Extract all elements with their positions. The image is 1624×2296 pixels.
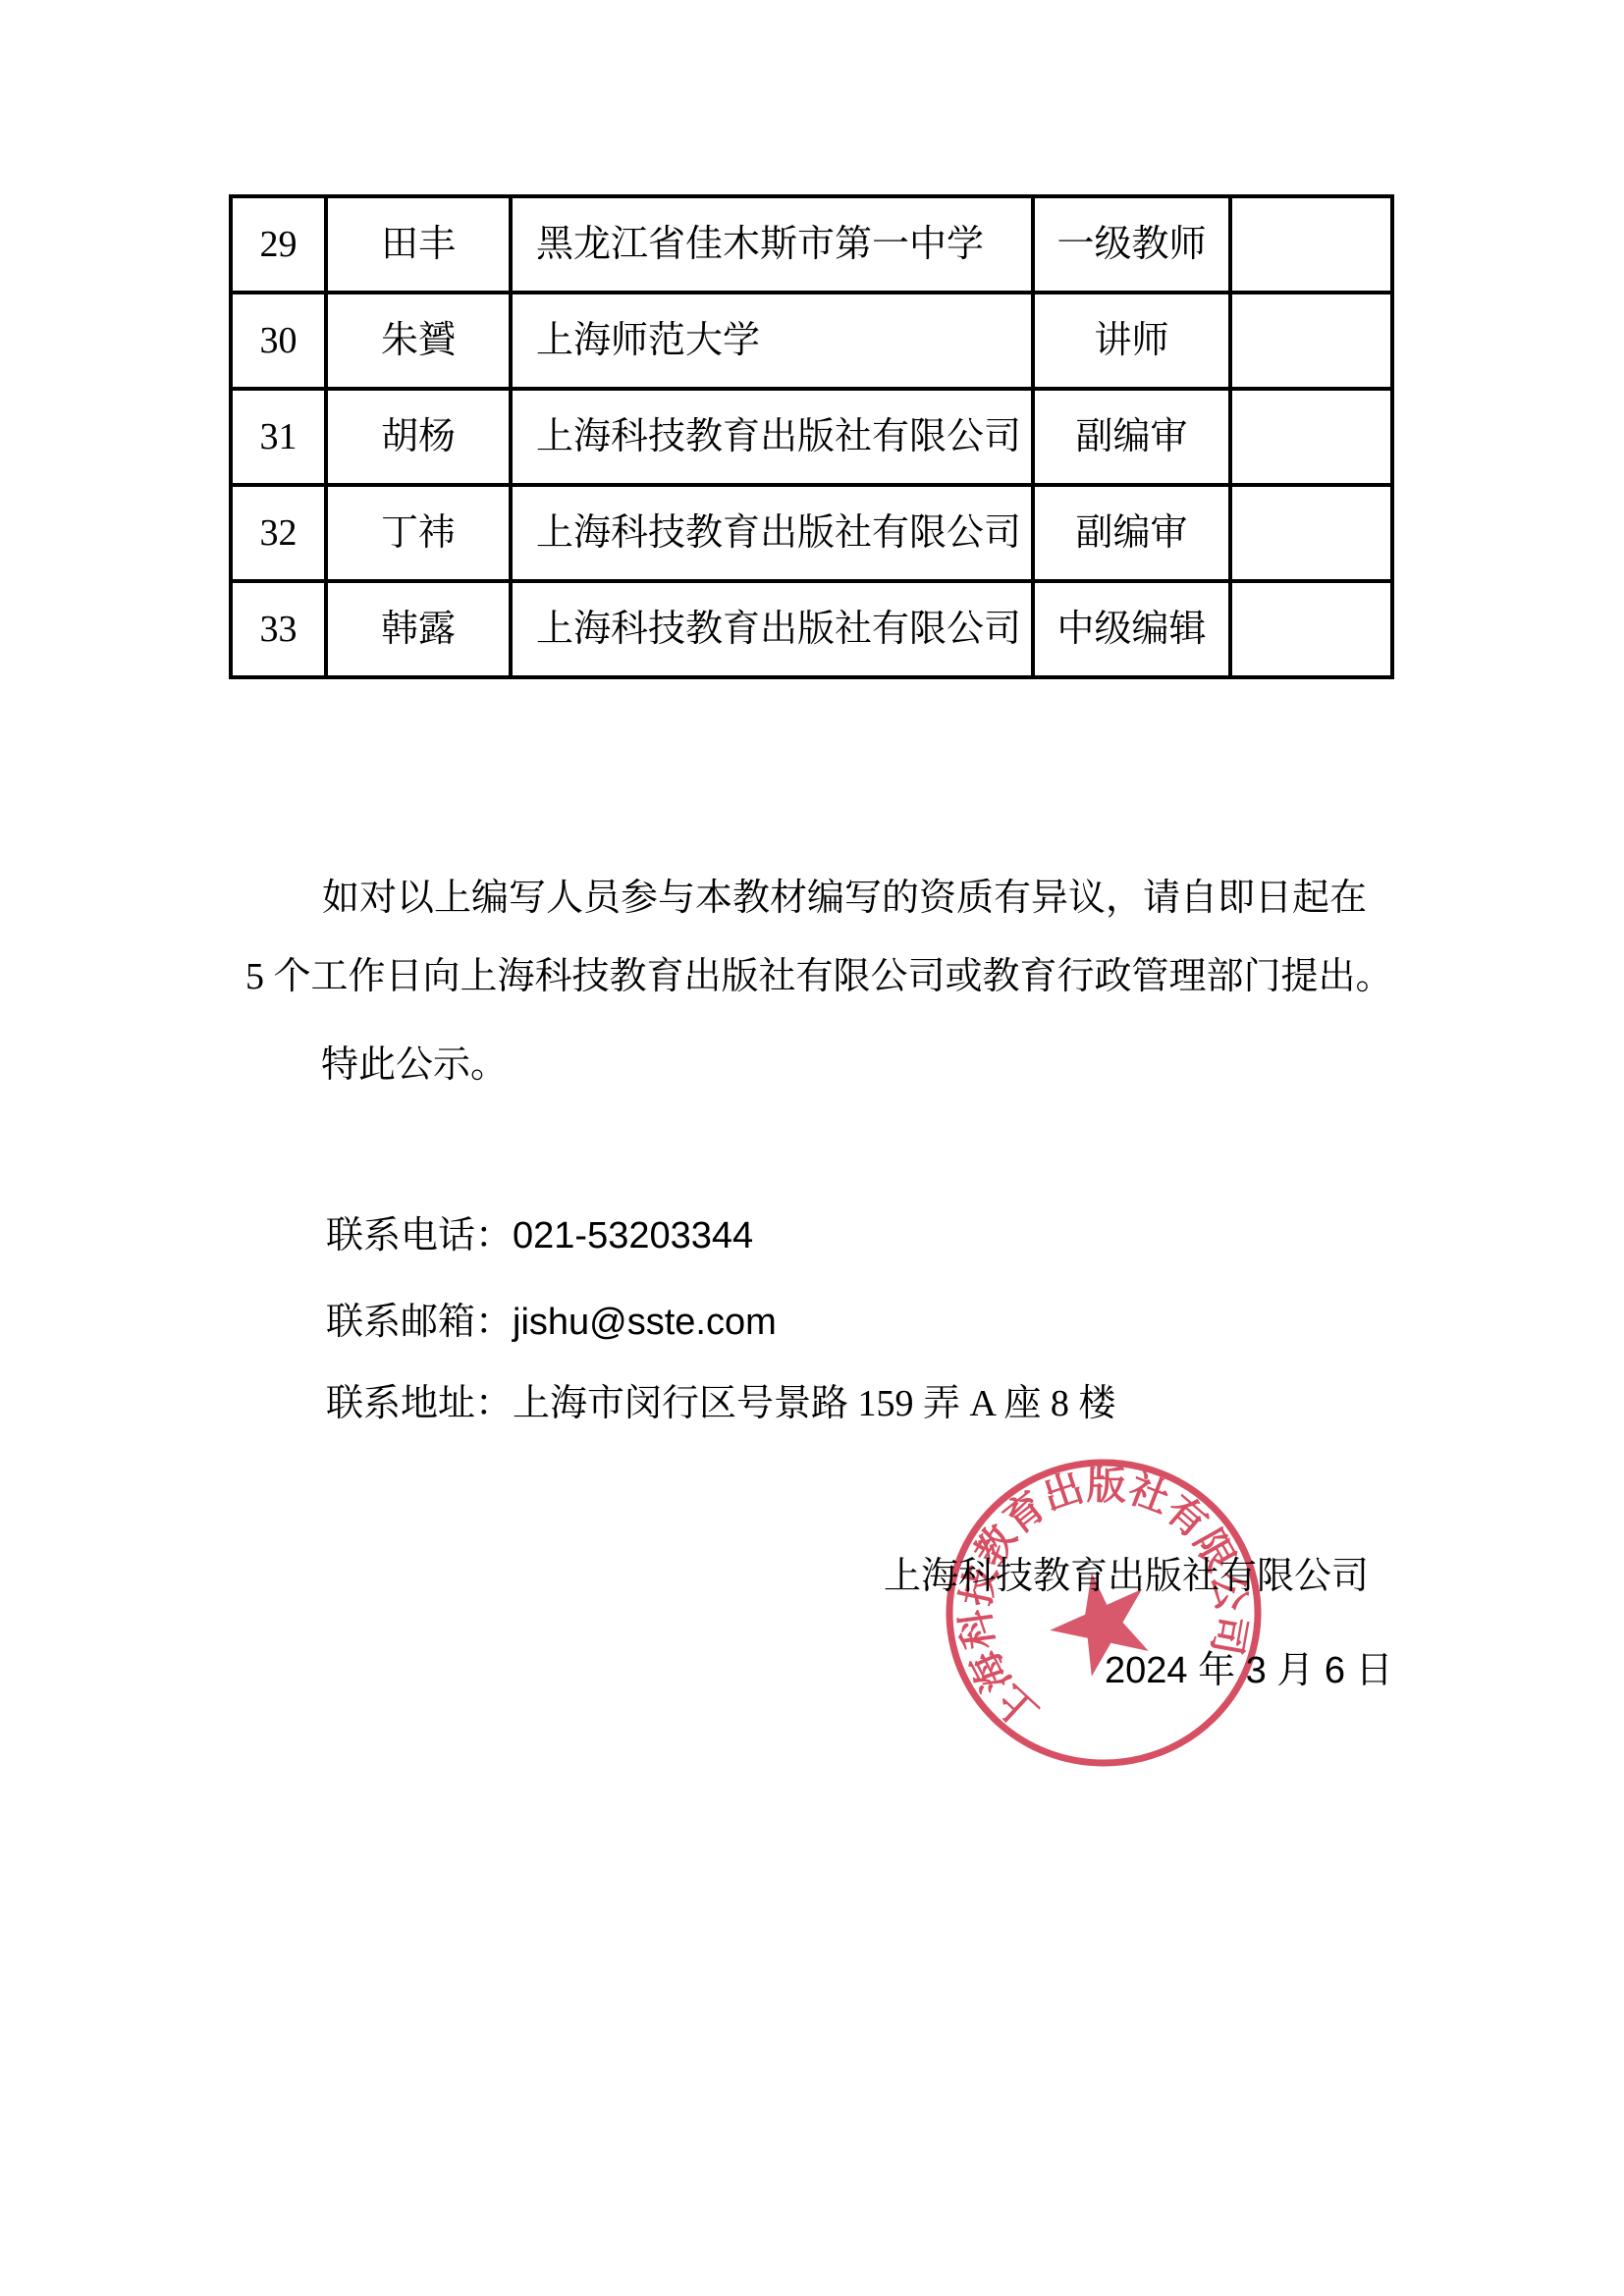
document-page: 29 田丰 黑龙江省佳木斯市第一中学 一级教师 30 朱贇 上海师范大学 讲师 … [0, 0, 1624, 2296]
contact-email-line: 联系邮箱：jishu@sste.com [326, 1302, 777, 1343]
table-row: 31 胡杨 上海科技教育出版社有限公司 副编审 [231, 389, 1392, 485]
cell-title: 副编审 [1033, 389, 1230, 485]
cell-title: 讲师 [1033, 293, 1230, 389]
cell-number: 33 [231, 581, 326, 677]
cell-name: 丁祎 [326, 485, 511, 581]
cell-name: 胡杨 [326, 389, 511, 485]
contact-phone-label: 联系电话： [326, 1215, 513, 1256]
cell-note [1230, 581, 1392, 677]
cell-note [1230, 389, 1392, 485]
personnel-table: 29 田丰 黑龙江省佳木斯市第一中学 一级教师 30 朱贇 上海师范大学 讲师 … [229, 194, 1394, 679]
notice-line-2: 5 个工作日向上海科技教育出版社有限公司或教育行政管理部门提出。 [245, 956, 1393, 997]
contact-phone-line: 联系电话：021-53203344 [326, 1215, 753, 1256]
cell-name: 韩露 [326, 581, 511, 677]
star-icon [1050, 1573, 1149, 1677]
cell-organization: 上海科技教育出版社有限公司 [511, 389, 1033, 485]
cell-number: 31 [231, 389, 326, 485]
contact-address-value: 上海市闵行区号景路 159 弄 A 座 8 楼 [513, 1383, 1115, 1424]
cell-number: 30 [231, 293, 326, 389]
cell-number: 32 [231, 485, 326, 581]
cell-title: 一级教师 [1033, 196, 1230, 293]
cell-number: 29 [231, 196, 326, 293]
table-row: 32 丁祎 上海科技教育出版社有限公司 副编审 [231, 485, 1392, 581]
notice-line-1: 如对以上编写人员参与本教材编写的资质有异议，请自即日起在 [322, 878, 1367, 919]
cell-name: 朱贇 [326, 293, 511, 389]
cell-organization: 上海科技教育出版社有限公司 [511, 485, 1033, 581]
contact-address-line: 联系地址：上海市闵行区号景路 159 弄 A 座 8 楼 [326, 1383, 1115, 1424]
svg-text:上海科技教育出版社有限公司: 上海科技教育出版社有限公司 [937, 1446, 1271, 1744]
contact-email-value: jishu@sste.com [513, 1302, 777, 1343]
notice-line-3: 特此公示。 [321, 1044, 508, 1086]
cell-title: 副编审 [1033, 485, 1230, 581]
table-row: 30 朱贇 上海师范大学 讲师 [231, 293, 1392, 389]
company-seal-stamp: 上海科技教育出版社有限公司 [937, 1446, 1271, 1780]
cell-note [1230, 485, 1392, 581]
cell-organization: 上海科技教育出版社有限公司 [511, 581, 1033, 677]
cell-organization: 黑龙江省佳木斯市第一中学 [511, 196, 1033, 293]
cell-note [1230, 196, 1392, 293]
contact-phone-value: 021-53203344 [513, 1215, 753, 1256]
contact-email-label: 联系邮箱： [326, 1302, 513, 1343]
contact-address-label: 联系地址： [326, 1383, 513, 1424]
seal-ring-text: 上海科技教育出版社有限公司 [937, 1446, 1271, 1744]
table-row: 29 田丰 黑龙江省佳木斯市第一中学 一级教师 [231, 196, 1392, 293]
cell-title: 中级编辑 [1033, 581, 1230, 677]
cell-name: 田丰 [326, 196, 511, 293]
cell-organization: 上海师范大学 [511, 293, 1033, 389]
table-row: 33 韩露 上海科技教育出版社有限公司 中级编辑 [231, 581, 1392, 677]
cell-note [1230, 293, 1392, 389]
